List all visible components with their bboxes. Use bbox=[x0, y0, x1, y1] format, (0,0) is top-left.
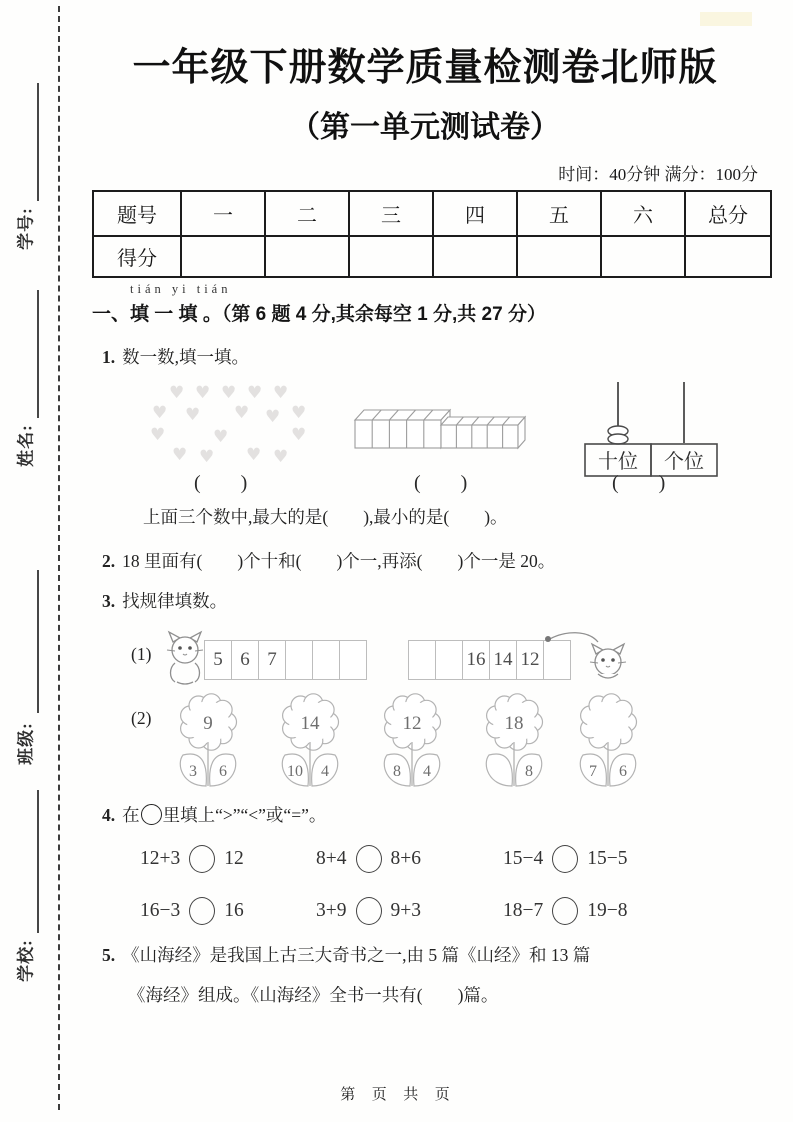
leaf-number: 7 bbox=[589, 763, 597, 780]
strip-cell bbox=[313, 640, 340, 680]
leaf-number: 8 bbox=[393, 763, 401, 780]
cat-icon bbox=[163, 630, 207, 686]
comparison-item: 8+48+6 bbox=[316, 845, 421, 873]
question-1: 1.数一数,填一填。 bbox=[102, 344, 249, 369]
heart-icon: ♥ bbox=[195, 383, 210, 403]
comparison-item: 18−719−8 bbox=[503, 897, 628, 925]
question-3-text: 找规律填数。 bbox=[122, 591, 227, 611]
strip-cell bbox=[436, 640, 463, 680]
score-table: 题号 一 二 三 四 五 六 总分 得分 bbox=[92, 190, 772, 278]
flower-image: 7 6 bbox=[570, 692, 646, 794]
question-5-number: 5. bbox=[102, 945, 115, 965]
question-1-number: 1. bbox=[102, 347, 115, 367]
heart-icon: ♥ bbox=[213, 427, 228, 447]
question-5-line2: 《海经》组成。《山海经》全书一共有( )篇。 bbox=[128, 982, 498, 1007]
left-expression: 18−7 bbox=[503, 900, 543, 922]
header-cell: 二 bbox=[265, 191, 349, 236]
score-cell bbox=[517, 236, 601, 277]
heart-icon: ♥ bbox=[169, 383, 184, 403]
header-cell: 一 bbox=[181, 191, 265, 236]
flower-number: 18 bbox=[505, 713, 524, 734]
right-expression: 8+6 bbox=[391, 848, 422, 870]
answer-blank: ( ) bbox=[612, 466, 665, 495]
strip-cell: 7 bbox=[259, 640, 286, 680]
leaf-number: 3 bbox=[189, 763, 197, 780]
question-2-text: 18 里面有( )个十和( )个一,再添( )个一是 20。 bbox=[122, 551, 555, 571]
leaf-number: 4 bbox=[321, 763, 329, 780]
scan-highlight-artifact bbox=[700, 12, 752, 26]
circle-placeholder-icon bbox=[141, 804, 162, 825]
score-cell bbox=[685, 236, 771, 277]
score-cell bbox=[181, 236, 265, 277]
strip-cell: 5 bbox=[204, 640, 232, 680]
score-cell bbox=[265, 236, 349, 277]
right-expression: 12 bbox=[224, 848, 244, 870]
heart-icon: ♥ bbox=[273, 447, 288, 467]
score-cell bbox=[601, 236, 685, 277]
question-4-suffix: 里填上“>”“<”或“=”。 bbox=[163, 805, 327, 825]
ones-place-label: 个位 bbox=[664, 450, 704, 473]
header-cell: 四 bbox=[433, 191, 517, 236]
question-2: 2.18 里面有( )个十和( )个一,再添( )个一是 20。 bbox=[102, 548, 555, 573]
score-row-label: 得分 bbox=[93, 236, 181, 277]
heart-icon: ♥ bbox=[247, 383, 262, 403]
part-2-label: (2) bbox=[131, 708, 151, 729]
header-cell: 六 bbox=[601, 191, 685, 236]
school-blank-line bbox=[37, 790, 39, 933]
section-one-heading: 一、填 一 填 。（第 6 题 4 分,其余每空 1 分,共 27 分） bbox=[92, 299, 546, 326]
header-cell: 总分 bbox=[685, 191, 771, 236]
student-id-label: 学号: bbox=[12, 184, 37, 274]
abacus-image: 十位 个位 bbox=[580, 380, 722, 480]
header-cell: 三 bbox=[349, 191, 433, 236]
flower-image: 14 10 4 bbox=[272, 692, 348, 794]
question-3: 3.找规律填数。 bbox=[102, 588, 227, 613]
left-expression: 16−3 bbox=[140, 900, 180, 922]
comparison-item: 3+99+3 bbox=[316, 897, 421, 925]
leaf-number: 10 bbox=[287, 763, 303, 780]
header-cell: 题号 bbox=[93, 191, 181, 236]
question-4-number: 4. bbox=[102, 805, 115, 825]
answer-blank: ( ) bbox=[194, 466, 247, 495]
cat-icon bbox=[540, 628, 628, 686]
comparison-circle bbox=[552, 845, 578, 873]
heart-icon: ♥ bbox=[221, 383, 236, 403]
score-cell bbox=[433, 236, 517, 277]
hearts-image: ♥ ♥ ♥ ♥ ♥ ♥ ♥ ♥ ♥ ♥ ♥ ♥ ♥ ♥ ♥ ♥ ♥ bbox=[147, 383, 307, 465]
strip-cell: 6 bbox=[232, 640, 259, 680]
class-label: 班级: bbox=[12, 699, 37, 789]
strip-cell bbox=[286, 640, 313, 680]
comparison-item: 12+312 bbox=[140, 845, 244, 873]
class-blank-line bbox=[37, 570, 39, 713]
heart-icon: ♥ bbox=[291, 403, 306, 423]
name-blank-line bbox=[37, 290, 39, 418]
leaf-number: 4 bbox=[423, 763, 431, 780]
left-expression: 3+9 bbox=[316, 900, 347, 922]
page-title: 一年级下册数学质量检测卷北师版 bbox=[92, 36, 758, 91]
heart-icon: ♥ bbox=[185, 405, 200, 425]
cubes-image bbox=[353, 406, 533, 454]
flower-image: 9 3 6 bbox=[170, 692, 246, 794]
strip-cell: 14 bbox=[490, 640, 517, 680]
heart-icon: ♥ bbox=[172, 445, 187, 465]
comparison-item: 15−415−5 bbox=[503, 845, 628, 873]
flower-image: 12 8 4 bbox=[374, 692, 450, 794]
flower-number: 14 bbox=[301, 713, 321, 734]
heart-icon: ♥ bbox=[246, 445, 261, 465]
right-expression: 16 bbox=[224, 900, 244, 922]
score-cell bbox=[349, 236, 433, 277]
comparison-circle bbox=[356, 897, 382, 925]
heart-icon: ♥ bbox=[152, 403, 167, 423]
strip-cell: 16 bbox=[463, 640, 490, 680]
strip-cell bbox=[340, 640, 367, 680]
question-3-number: 3. bbox=[102, 591, 115, 611]
question-5: 5.《山海经》是我国上古三大奇书之一,由 5 篇《山经》和 13 篇 bbox=[102, 942, 590, 967]
header-cell: 五 bbox=[517, 191, 601, 236]
table-row: 得分 bbox=[93, 236, 771, 277]
leaf-number: 8 bbox=[525, 763, 533, 780]
comparison-item: 16−316 bbox=[140, 897, 244, 925]
page-subtitle: （第一单元测试卷） bbox=[92, 102, 758, 146]
question-1-summary: 上面三个数中,最大的是( ),最小的是( )。 bbox=[143, 504, 508, 529]
page-footer: 第 页 共 页 bbox=[0, 1083, 793, 1104]
question-4: 4.在里填上“>”“<”或“=”。 bbox=[102, 802, 326, 827]
question-1-text: 数一数,填一填。 bbox=[122, 347, 249, 367]
school-label: 学校: bbox=[12, 916, 37, 1006]
heart-icon: ♥ bbox=[150, 425, 165, 445]
left-expression: 8+4 bbox=[316, 848, 347, 870]
comparison-circle bbox=[189, 845, 215, 873]
flower-image: 18 8 bbox=[476, 692, 552, 794]
comparison-circle bbox=[356, 845, 382, 873]
flower-number: 12 bbox=[403, 713, 422, 734]
flower-number: 9 bbox=[203, 713, 213, 734]
name-label: 姓名: bbox=[12, 401, 37, 491]
student-id-blank-line bbox=[37, 83, 39, 201]
left-expression: 12+3 bbox=[140, 848, 180, 870]
table-row: 题号 一 二 三 四 五 六 总分 bbox=[93, 191, 771, 236]
right-expression: 19−8 bbox=[587, 900, 627, 922]
leaf-number: 6 bbox=[219, 763, 227, 780]
comparison-circle bbox=[552, 897, 578, 925]
leaf-number: 6 bbox=[619, 763, 627, 780]
right-expression: 9+3 bbox=[391, 900, 422, 922]
seal-dashed-line bbox=[58, 6, 60, 1110]
question-2-number: 2. bbox=[102, 551, 115, 571]
heart-icon: ♥ bbox=[199, 447, 214, 467]
question-4-prefix: 在 bbox=[122, 805, 140, 825]
heart-icon: ♥ bbox=[291, 425, 306, 445]
heart-icon: ♥ bbox=[265, 407, 280, 427]
time-score-info: 时间：40分钟 满分：100分 bbox=[92, 160, 758, 185]
strip-cell bbox=[408, 640, 436, 680]
right-expression: 15−5 bbox=[587, 848, 627, 870]
pinyin-annotation: tián yi tián bbox=[130, 282, 231, 297]
part-1-label: (1) bbox=[131, 644, 151, 665]
heart-icon: ♥ bbox=[273, 383, 288, 403]
number-strip-1: 5 6 7 bbox=[204, 640, 367, 680]
comparison-circle bbox=[189, 897, 215, 925]
question-5-line1: 《山海经》是我国上古三大奇书之一,由 5 篇《山经》和 13 篇 bbox=[122, 945, 590, 965]
test-paper-page: 学号: 姓名: 班级: 学校: 一年级下册数学质量检测卷北师版 （第一单元测试卷… bbox=[0, 0, 793, 1122]
answer-blank: ( ) bbox=[414, 466, 467, 495]
heart-icon: ♥ bbox=[234, 403, 249, 423]
left-expression: 15−4 bbox=[503, 848, 543, 870]
